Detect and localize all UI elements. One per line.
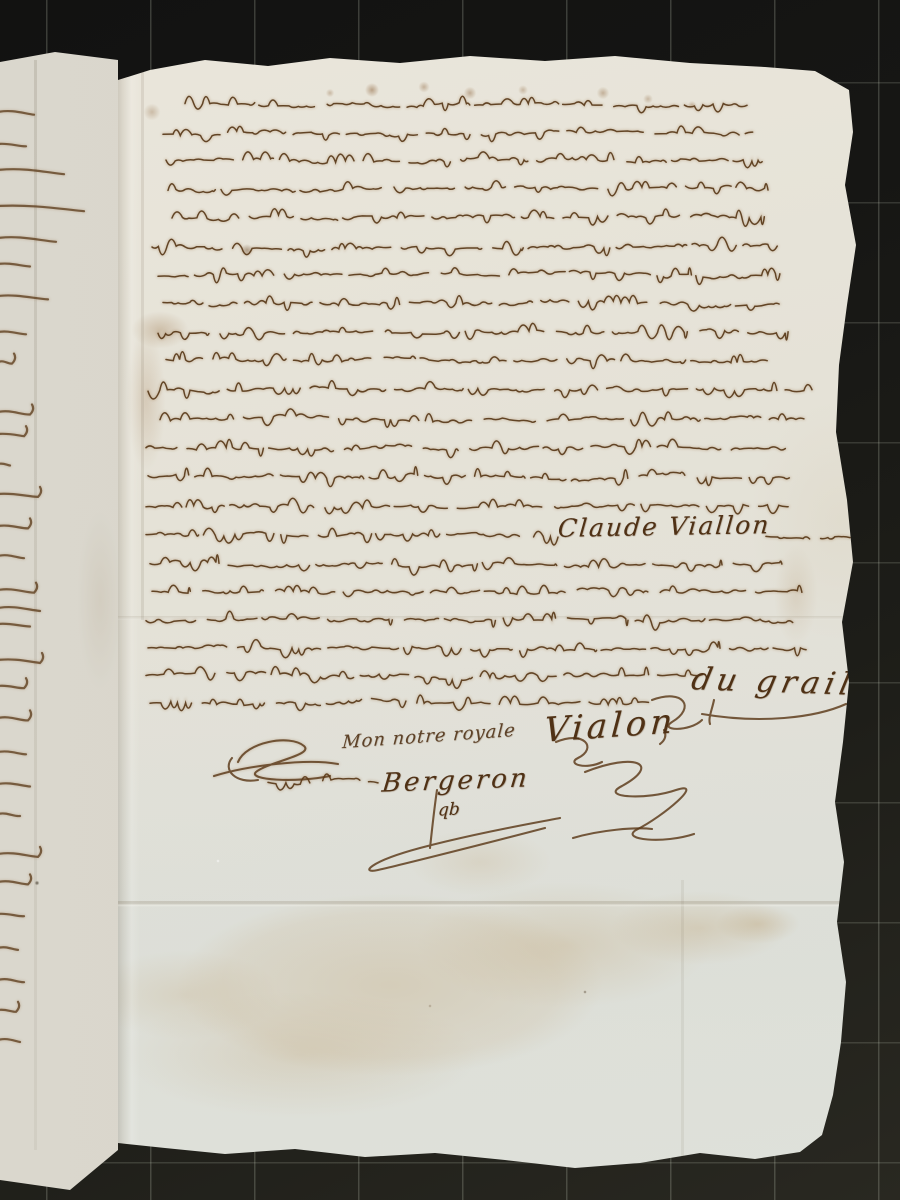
notary-mark-qb: qb [437,799,460,820]
notary-paraph-glow [214,740,338,780]
signature-vialon: Vialon [543,701,678,751]
photo-backdrop: Claude Viallon Vialon du grail Mon notre… [0,0,900,1200]
crease-horizontal-mid [118,616,848,620]
crease-vertical-upper [141,60,144,620]
notary-inscription: Mon notre royale [341,720,516,753]
legible-name-claude-viallon: Claude Viallon [557,510,772,543]
notary-paraph [214,740,338,780]
bergeron-tail-loop [369,790,652,871]
under-page-crease [34,60,37,1150]
bergeron-zigzag [585,762,694,840]
signature-bergeron: Bergeron [380,763,531,798]
dugrail-underline [702,700,846,724]
crease-vertical-lower [681,880,684,1160]
manuscript-page: Claude Viallon Vialon du grail Mon notre… [0,0,900,1200]
crease-horizontal-lower [118,901,848,907]
signature-du-grail: du grail [688,661,858,702]
